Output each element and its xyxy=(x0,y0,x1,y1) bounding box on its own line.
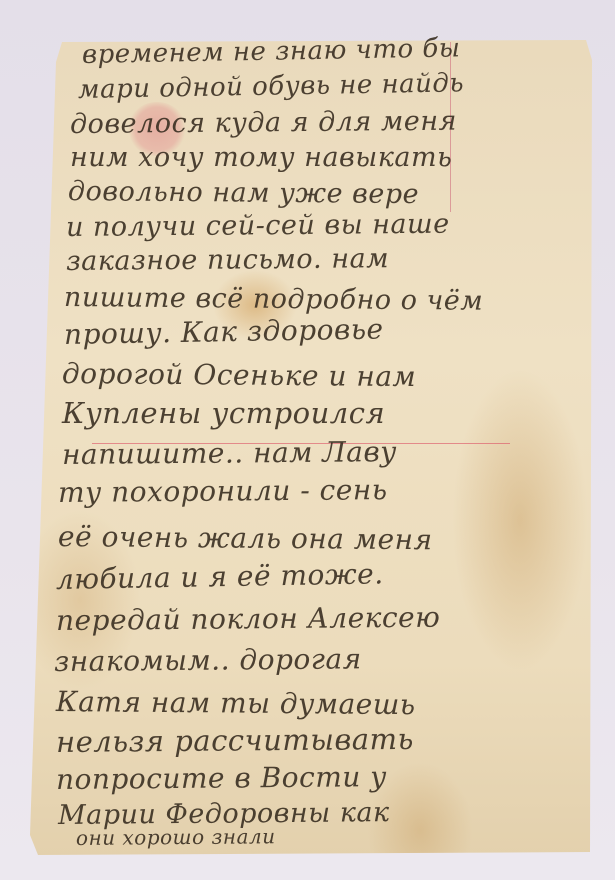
text-line: пишите всё подробно о чём xyxy=(64,282,483,317)
text-line: её очень жаль она меня xyxy=(58,520,433,556)
text-line: любила и я её тоже. xyxy=(56,557,384,596)
text-line: довелося куда я для меня xyxy=(70,106,457,140)
text-line: дорогой Осеньке и нам xyxy=(62,357,416,393)
text-line: заказное письмо. нам xyxy=(66,243,389,277)
text-line: попросите в Вости у xyxy=(56,760,387,796)
text-line: передай поклон Алексею xyxy=(56,601,441,637)
text-line: ним хочу тому навыкать xyxy=(70,142,452,173)
text-line: и получи сей-сей вы наше xyxy=(66,209,450,243)
text-line: ту похоронили - сень xyxy=(58,473,388,509)
text-line: довольно нам уже вере xyxy=(68,176,419,210)
text-line: прошу. Как здоровье xyxy=(64,312,384,351)
text-line: Катя нам ты думаешь xyxy=(56,685,416,721)
text-line: нельзя рассчитывать xyxy=(56,722,414,759)
text-line: Куплены устроился xyxy=(62,396,385,430)
text-line: они хорошо знали xyxy=(76,824,276,850)
text-line: напишите.. нам Лаву xyxy=(62,435,397,471)
text-line: знакомым.. дорогая xyxy=(54,642,362,678)
